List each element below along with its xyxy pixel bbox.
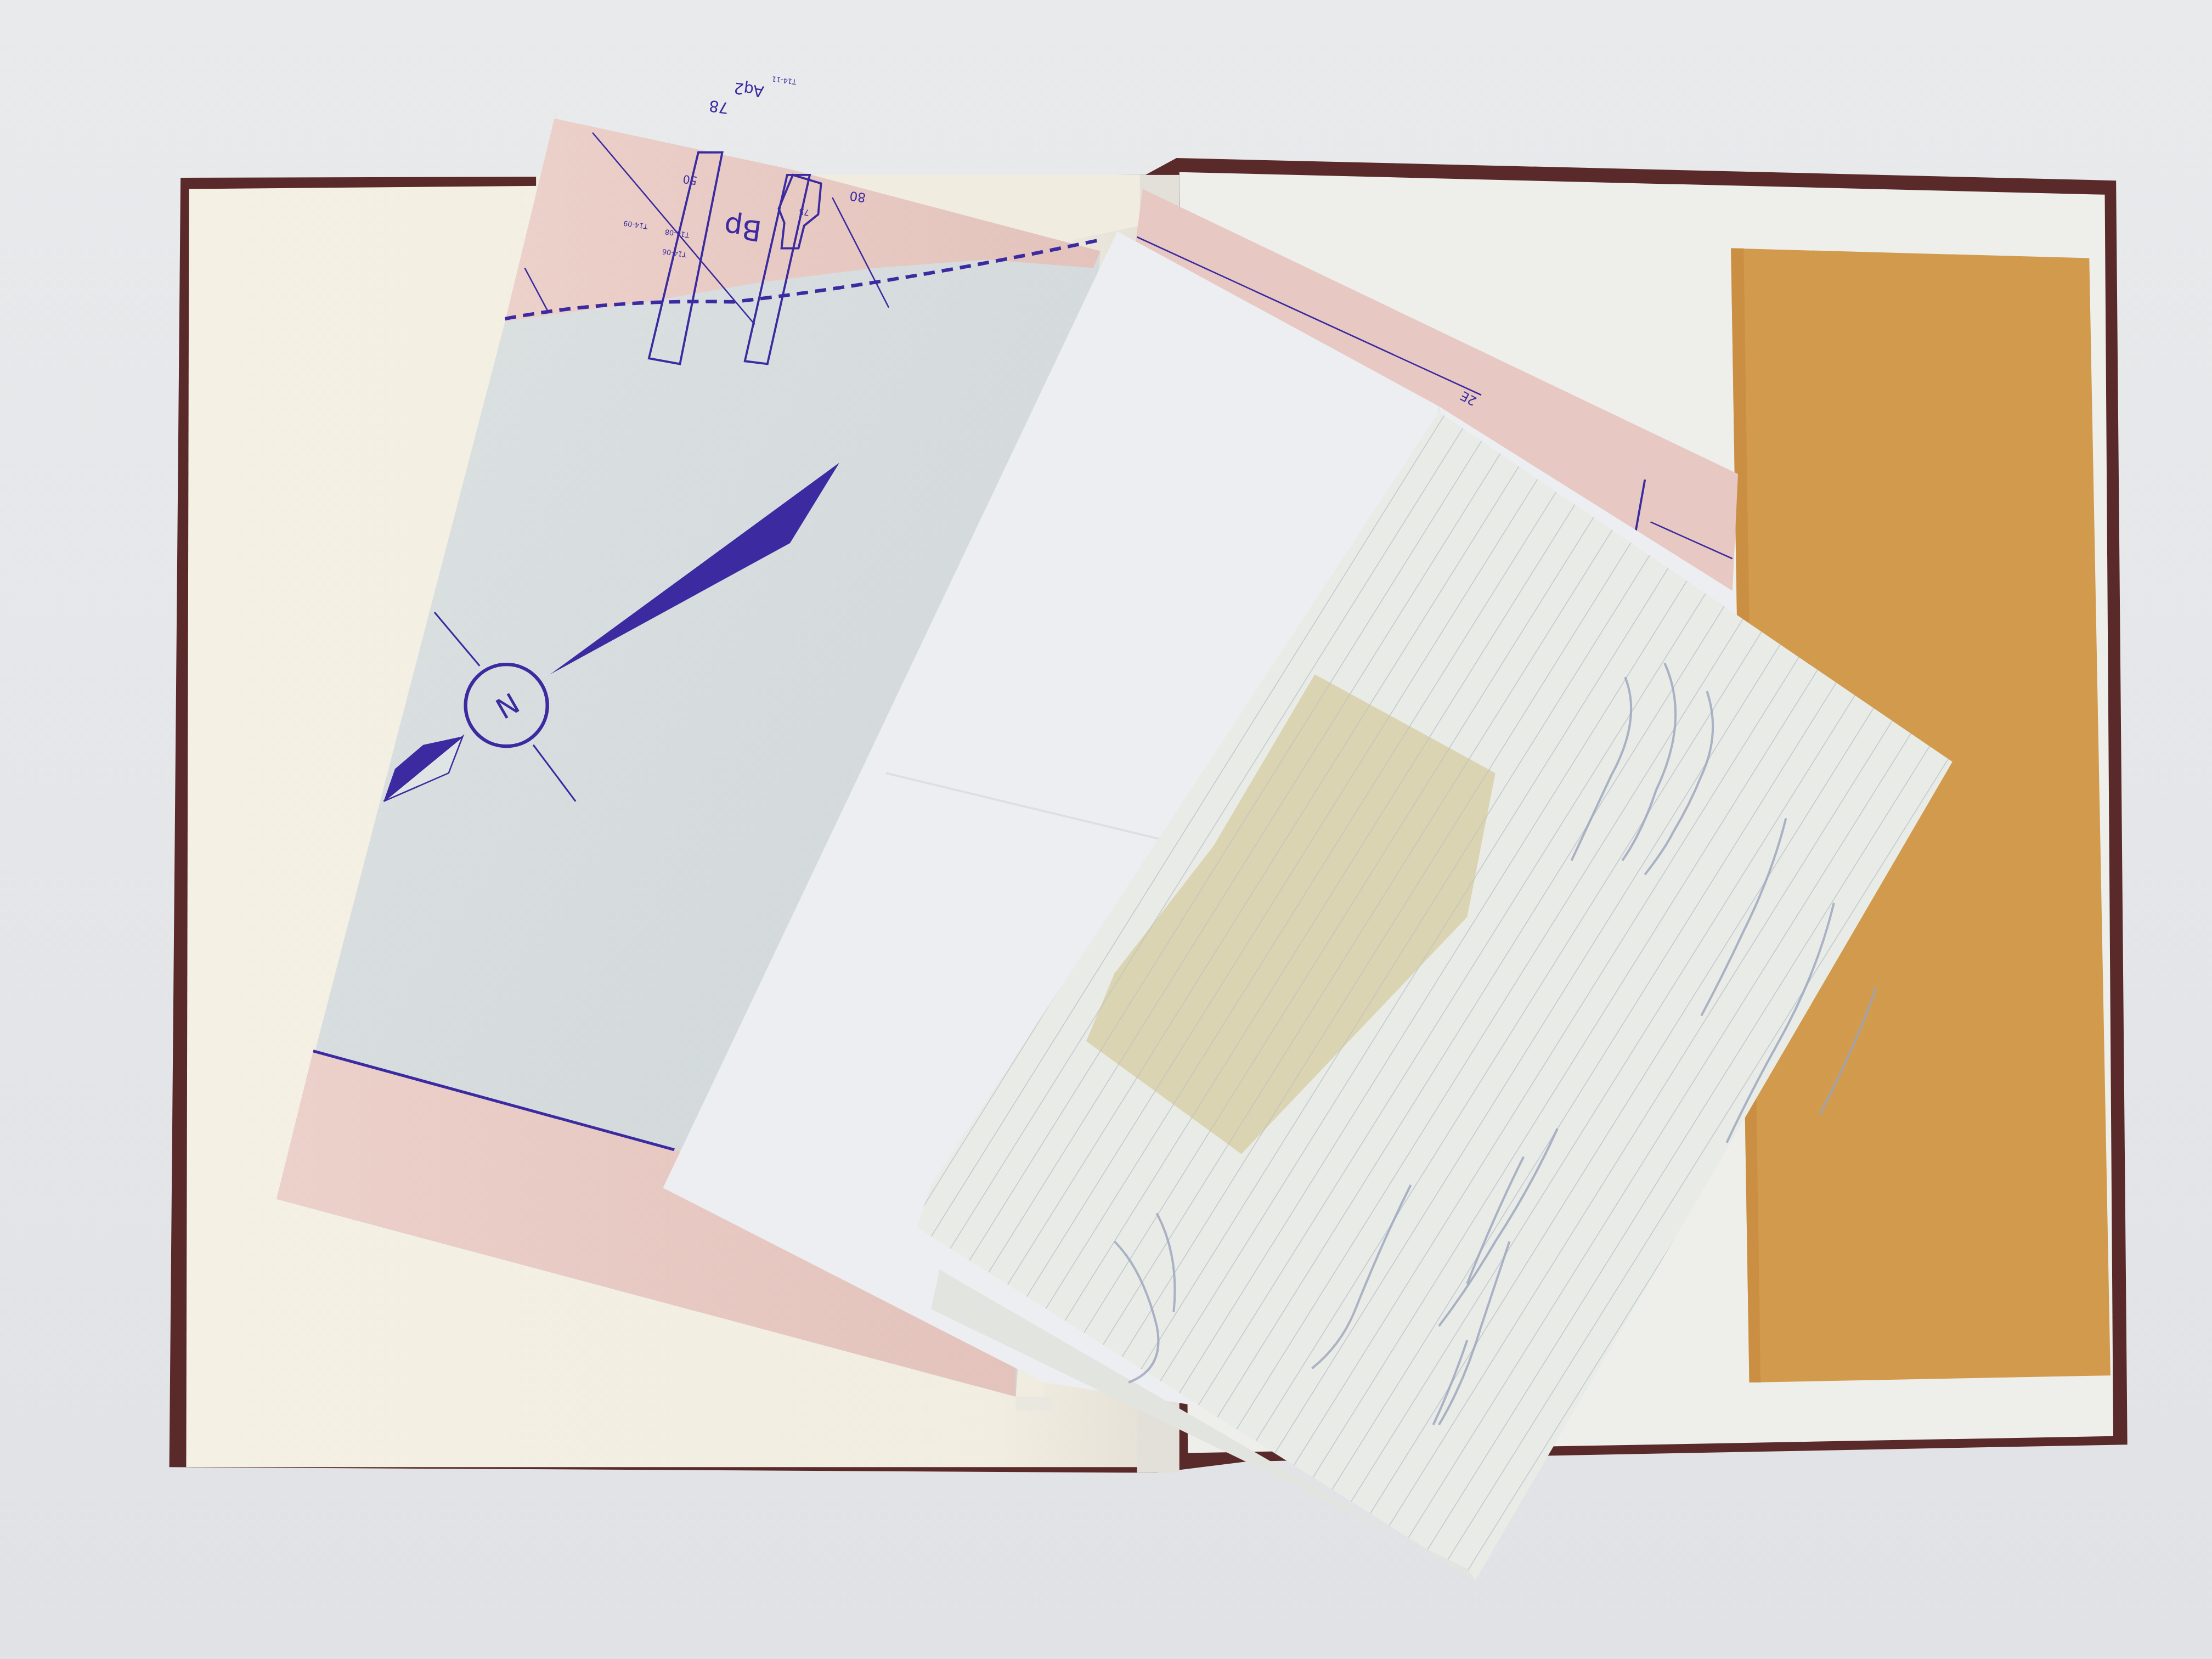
chart-label-bp: Bp bbox=[722, 210, 764, 247]
chart-label-75: 75 bbox=[798, 206, 810, 218]
scene-illustration: Bp 80 78 75 50 Aq2 T14-11 T14-09 T14-08 … bbox=[0, 0, 2212, 1659]
chart-label-78: 78 bbox=[708, 97, 730, 117]
photo-scene: Bp 80 78 75 50 Aq2 T14-11 T14-09 T14-08 … bbox=[0, 0, 2212, 1659]
chart-label-50: 50 bbox=[682, 172, 698, 187]
chart-label-80: 80 bbox=[849, 188, 867, 205]
page-corner bbox=[1015, 1397, 1052, 1411]
